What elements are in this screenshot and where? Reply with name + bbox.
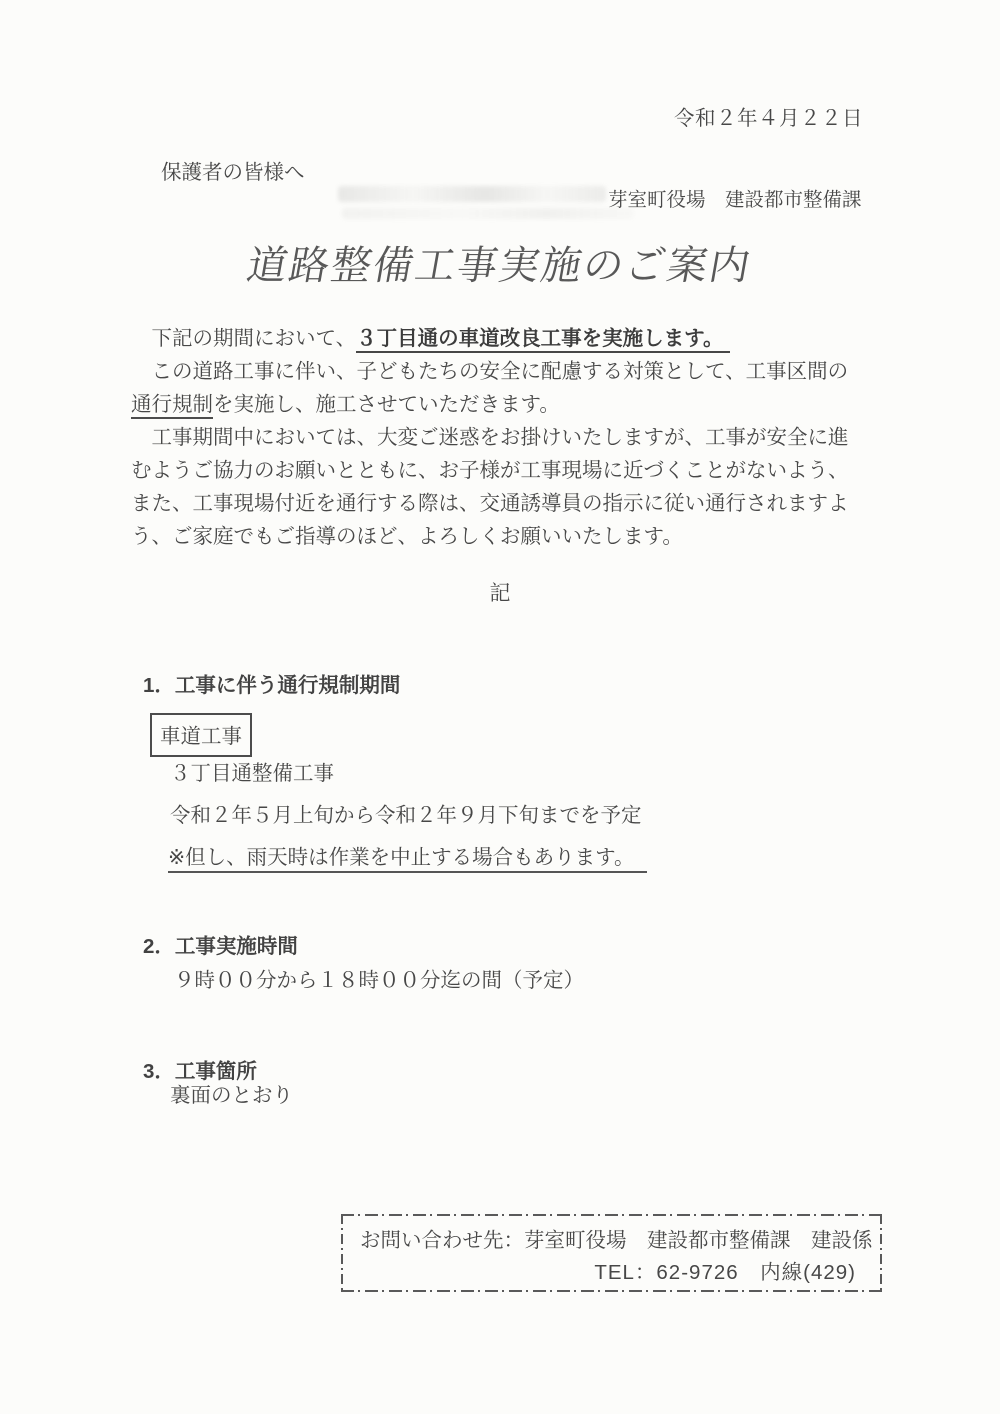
paragraph-line: 通行規制を実施し、施工させていただきます。 xyxy=(131,388,849,421)
contact-info: お問い合わせ先：芽室町役場 建設都市整備課 建設係 xyxy=(360,1225,856,1257)
section-1-heading: 1．工事に伴う通行規制期間 xyxy=(143,668,400,698)
paragraph-text: を実施し、施工させていただきます。 xyxy=(213,393,560,416)
contact-box: お問い合わせ先：芽室町役場 建設都市整備課 建設係 TEL：62-9726 内線… xyxy=(341,1214,882,1292)
document-title: 道路整備工事実施のご案内 xyxy=(0,234,1000,291)
scan-artifact xyxy=(342,208,634,219)
scanned-notice-page: 令和２年４月２２日 保護者の皆様へ 芽室町役場 建設都市整備課 道路整備工事実施… xyxy=(0,0,1000,1414)
paragraph-line: う、ご家庭でもご指導のほど、よろしくお願いいたします。 xyxy=(131,520,849,553)
addressee-line: 保護者の皆様へ xyxy=(161,155,305,185)
emphasized-phrase: ３丁目通の車道改良工事を実施します。 xyxy=(356,327,730,353)
sender-department: 芽室町役場 建設都市整備課 xyxy=(608,184,862,212)
underlined-term: 通行規制 xyxy=(131,393,213,419)
section-2-heading: 2．工事実施時間 xyxy=(143,929,298,959)
contact-tel: TEL：62-9726 内線(429) xyxy=(360,1257,856,1289)
section-1-note: ※但し、雨天時は作業を中止する場合もあります。 xyxy=(168,844,647,872)
paragraph-line: むようご協力のお願いとともに、お子様が工事現場に近づくことがないよう、 xyxy=(131,454,849,487)
section-3-heading: 3．工事箇所 xyxy=(143,1054,257,1084)
roadwork-label-box: 車道工事 xyxy=(150,713,252,757)
paragraph-line: この道路工事に伴い、子どもたちの安全に配慮する対策として、工事区間の xyxy=(131,355,849,388)
paragraph-text: 下記の期間において、 xyxy=(131,327,356,350)
underlined-note: ※但し、雨天時は作業を中止する場合もあります。 xyxy=(168,846,647,873)
section-1-line: ３丁目通整備工事 xyxy=(170,760,334,788)
scan-artifact xyxy=(338,186,606,202)
section-3-line: 裏面のとおり xyxy=(170,1082,293,1110)
section-1-line: 令和２年５月上旬から令和２年９月下旬までを予定 xyxy=(170,802,642,830)
section-2-line: ９時００分から１８時００分迄の間（予定） xyxy=(174,967,584,995)
ki-marker: 記 xyxy=(0,577,1000,607)
paragraph-line: 工事期間中においては、大変ご迷惑をお掛けいたしますが、工事が安全に進 xyxy=(131,421,849,454)
paragraph-line: また、工事現場付近を通行する際は、交通誘導員の指示に従い通行されますよ xyxy=(131,487,849,520)
body-text: 下記の期間において、３丁目通の車道改良工事を実施します。 この道路工事に伴い、子… xyxy=(131,322,849,553)
paragraph-line: 下記の期間において、３丁目通の車道改良工事を実施します。 xyxy=(131,322,849,355)
document-date: 令和２年４月２２日 xyxy=(674,101,863,131)
